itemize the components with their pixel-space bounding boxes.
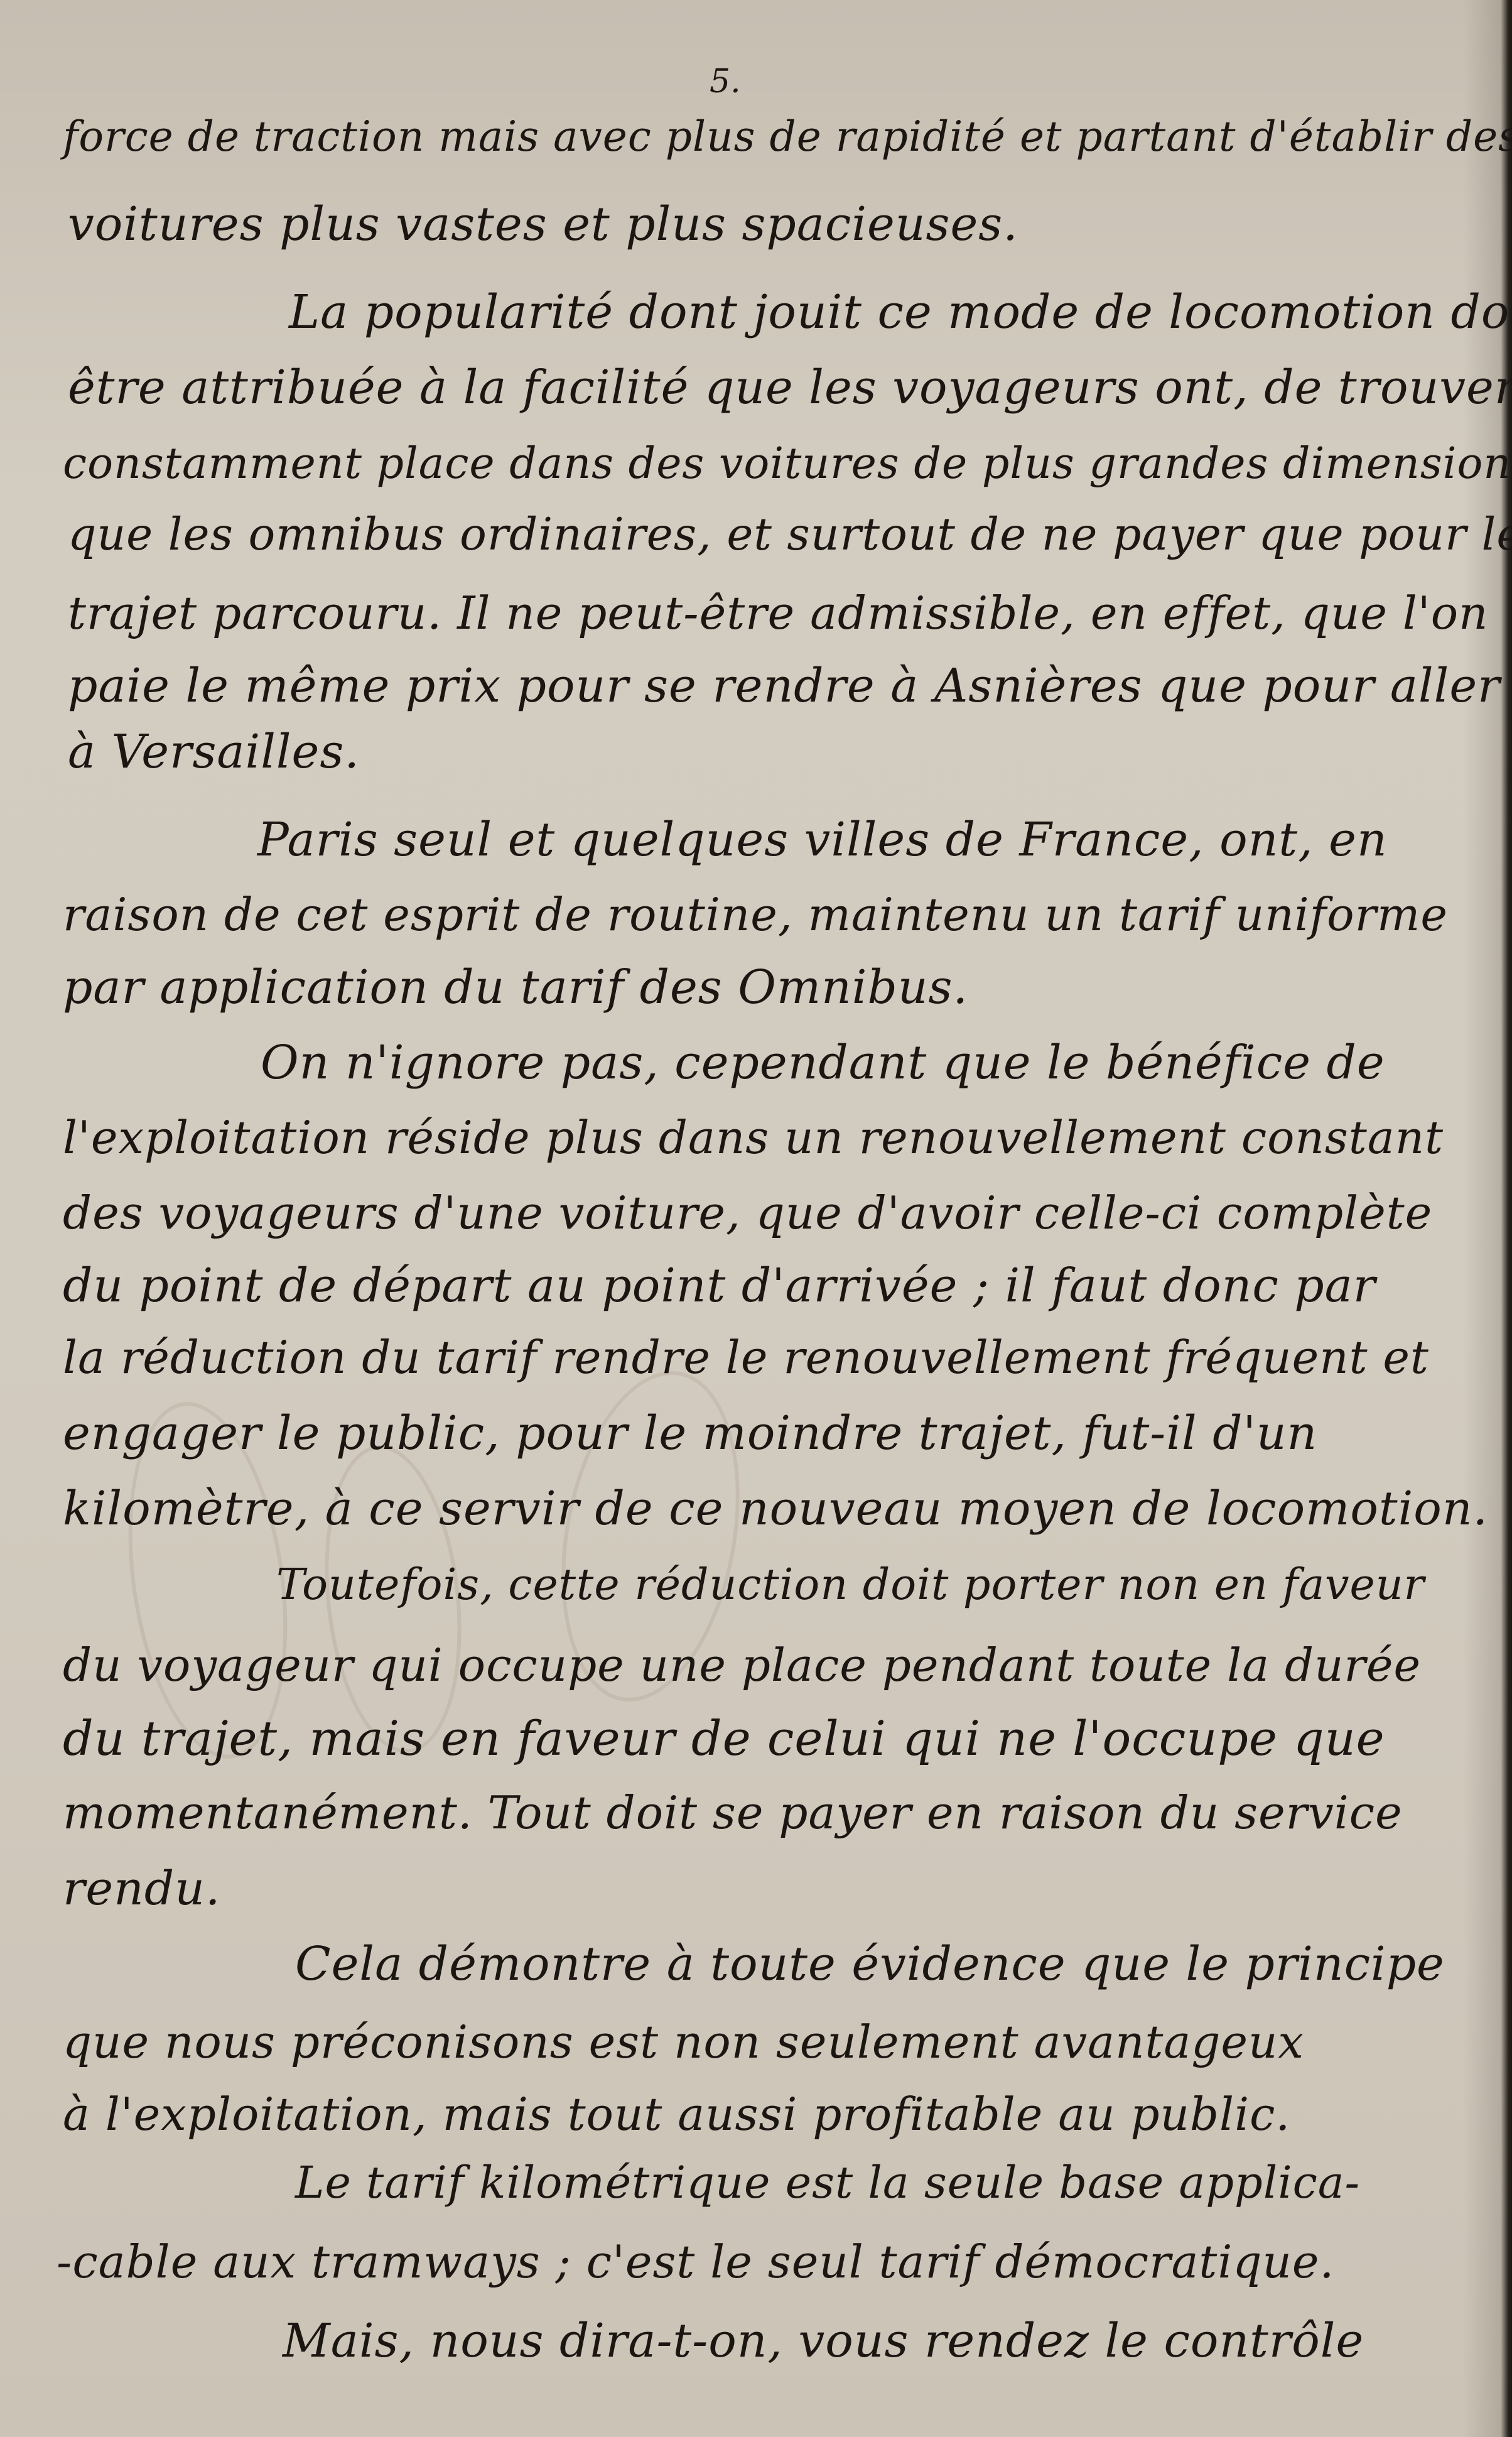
text-line: que les omnibus ordinaires, et surtout d… — [68, 512, 1512, 556]
text-line: par application du tarif des Omnibus. — [63, 964, 968, 1011]
text-line: l'exploitation réside plus dans un renou… — [63, 1115, 1444, 1160]
paragraph-start-line: La popularité dont jouit ce mode de loco… — [289, 289, 1512, 335]
text-line: paie le même prix pour se rendre à Asniè… — [68, 663, 1501, 709]
paragraph-start-line: Mais, nous dira-t-on, vous rendez le con… — [283, 2318, 1364, 2364]
paragraph-start-line: Cela démontre à toute évidence que le pr… — [295, 1941, 1445, 1987]
text-line: engager le public, pour le moindre traje… — [63, 1410, 1317, 1457]
text-line: à Versailles. — [68, 729, 360, 775]
text-line: du voyageur qui occupe une place pendant… — [63, 1642, 1421, 1688]
text-line: kilomètre, à ce servir de ce nouveau moy… — [63, 1485, 1488, 1532]
text-line: constamment place dans des voitures de p… — [63, 443, 1512, 486]
text-line: à l'exploitation, mais tout aussi profit… — [63, 2092, 1290, 2137]
text-line: momentanément. Tout doit se payer en rai… — [63, 1790, 1403, 1835]
paragraph-start-line: On n'ignore pas, cependant que le bénéfi… — [261, 1039, 1385, 1086]
text-line: du trajet, mais en faveur de celui qui n… — [63, 1715, 1385, 1762]
text-line: que nous préconisons est non seulement a… — [63, 2019, 1304, 2065]
text-line: du point de départ au point d'arrivée ; … — [63, 1262, 1376, 1309]
text-line: raison de cet esprit de routine, mainten… — [63, 892, 1448, 937]
text-line: force de traction mais avec plus de rapi… — [63, 116, 1512, 158]
manuscript-page: 5. force de traction mais avec plus de r… — [0, 0, 1512, 2437]
text-line: trajet parcouru. Il ne peut-être admissi… — [68, 590, 1488, 636]
text-line: être attribuée à la facilité que les voy… — [68, 364, 1512, 411]
page-number: 5. — [710, 63, 741, 100]
text-line: des voyageurs d'une voiture, que d'avoir… — [63, 1190, 1432, 1235]
text-line: voitures plus vastes et plus spacieuses. — [68, 201, 1018, 247]
paragraph-start-line: Le tarif kilométrique est la seule base … — [295, 2161, 1360, 2205]
text-line: la réduction du tarif rendre le renouvel… — [63, 1335, 1429, 1380]
text-line: rendu. — [63, 1865, 220, 1912]
paragraph-start-line: Paris seul et quelques villes de France,… — [257, 817, 1388, 863]
text-line: -cable aux tramways ; c'est le seul tari… — [57, 2239, 1334, 2284]
paragraph-start-line: Toutefois, cette réduction doit porter n… — [276, 1564, 1425, 1607]
